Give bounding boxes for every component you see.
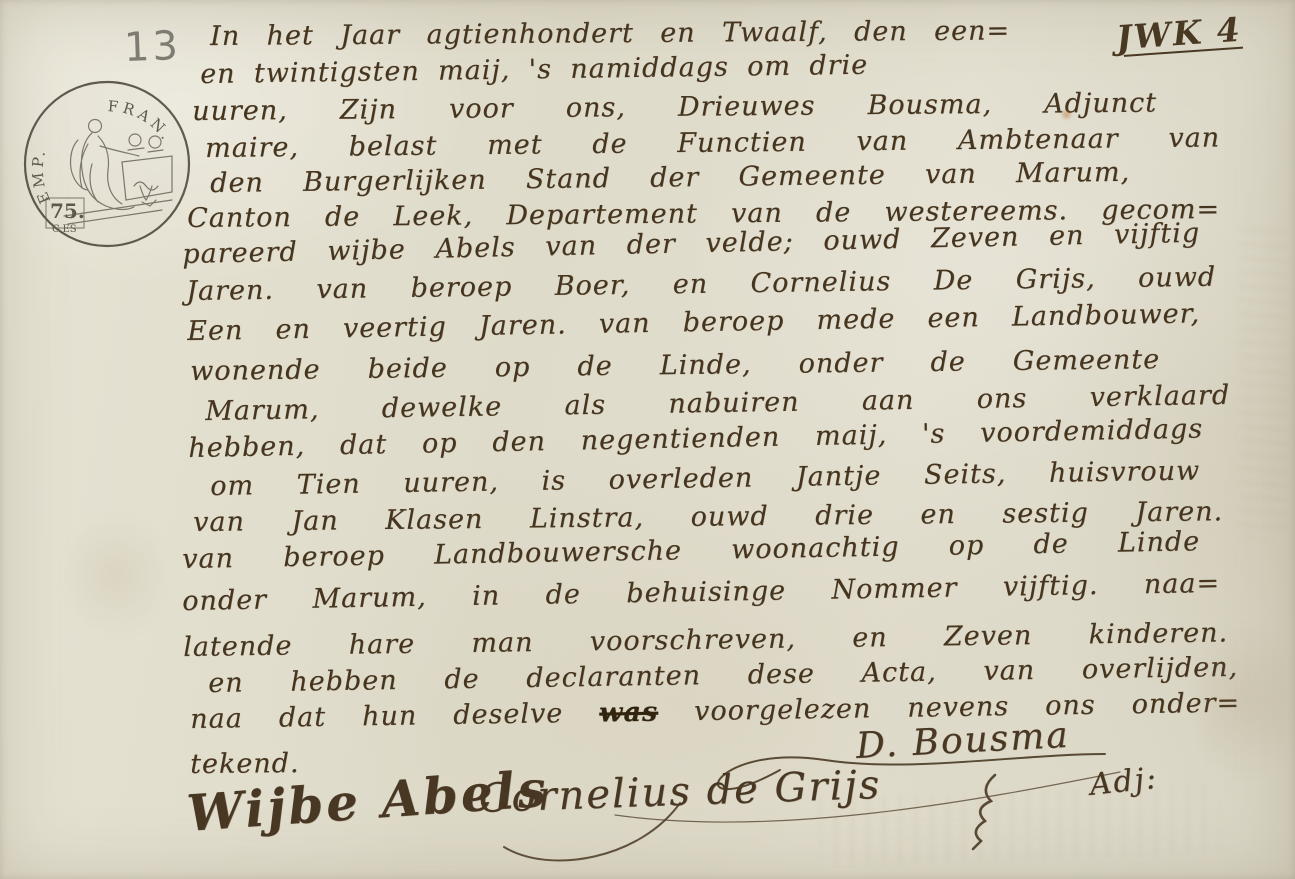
handwritten-line-20: tekend. <box>190 749 300 780</box>
handwritten-line-13: om Tien uuren, is overleden Jantje Seits… <box>210 456 1200 502</box>
handwritten-line-3: uuren, Zijn voor ons, Drieuwes Bousma, A… <box>192 89 1157 127</box>
stamp-denomination-unit: C.ES <box>52 224 77 235</box>
handwritten-line-5: den Burgerlijken Stand der Gemeente van … <box>210 158 1130 199</box>
ink-bleedthrough <box>1238 220 1288 540</box>
handwritten-line-9: Een en veertig Jaren. van beroep mede ee… <box>187 299 1200 347</box>
handwritten-line-2: en twintigsten maij, 's namiddags om dri… <box>200 51 868 90</box>
revenue-stamp-icon: FRAN. EMP. <box>22 74 192 254</box>
pencil-page-number: 13 <box>123 23 181 71</box>
handwritten-line-1: In het Jaar agtienhondert en Twaalf, den… <box>210 16 1010 52</box>
paper-stain <box>70 500 160 650</box>
folio-mark: JWK 4 <box>1115 10 1243 58</box>
handwritten-line-10: wonende beide op de Linde, onder de Geme… <box>190 345 1160 387</box>
signature-official-title: Adj: <box>1088 761 1160 803</box>
stamp-denomination: 75. <box>50 199 85 223</box>
struck-word: was <box>599 697 658 729</box>
line-19-pre: naa dat hun deselve <box>190 698 599 735</box>
document-page: 13 JWK 4 FRAN. EMP. <box>0 0 1295 879</box>
handwritten-line-16: onder Marum, in de behuisinge Nommer vij… <box>182 569 1220 617</box>
